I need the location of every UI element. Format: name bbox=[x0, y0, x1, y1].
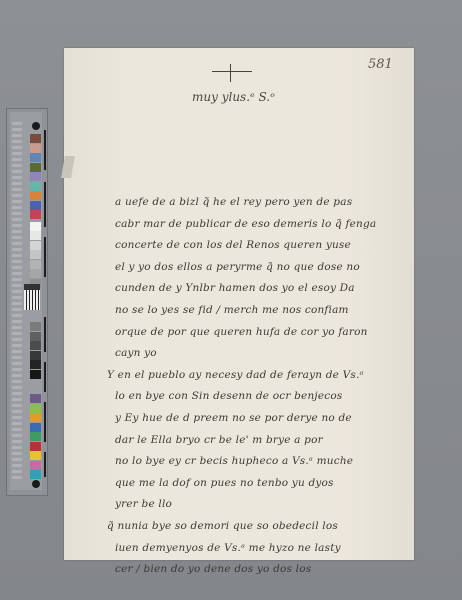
folio-number: 581 bbox=[368, 57, 393, 72]
manuscript-line: no se lo yes se fid / merch me nos confi… bbox=[115, 300, 410, 322]
color-swatch bbox=[30, 172, 41, 181]
registration-dot-icon bbox=[32, 122, 40, 130]
manuscript-line: que me la dof on pues no tenbo yu dyos bbox=[115, 473, 410, 495]
letter-salutation: muy ylus.ᵉ S.ᵒ bbox=[192, 90, 275, 104]
color-swatch bbox=[30, 413, 41, 422]
cross-stem bbox=[230, 64, 231, 82]
color-swatch bbox=[30, 134, 41, 143]
color-swatch bbox=[30, 182, 41, 191]
strip-ruler-mark bbox=[44, 452, 46, 477]
strip-ruler-mark bbox=[44, 130, 46, 170]
gray-swatch bbox=[30, 250, 41, 259]
color-swatch bbox=[30, 210, 41, 219]
gray-swatch bbox=[30, 322, 41, 331]
gray-swatch bbox=[30, 370, 41, 379]
manuscript-line: el y yo dos ellos a peryrme q̃ no que do… bbox=[115, 257, 410, 279]
manuscript-line: cayn yo bbox=[115, 343, 410, 365]
color-swatch bbox=[30, 394, 41, 403]
cross-bar bbox=[212, 71, 252, 72]
strip-ruler-mark bbox=[44, 317, 46, 352]
strip-ruler-mark bbox=[44, 182, 46, 227]
color-swatch bbox=[30, 470, 41, 479]
gray-swatch bbox=[30, 231, 41, 240]
color-swatch bbox=[30, 153, 41, 162]
manuscript-line: Y en el pueblo ay necesy dad de ferayn d… bbox=[107, 365, 410, 387]
color-swatch bbox=[30, 163, 41, 172]
color-swatch bbox=[30, 201, 41, 210]
manuscript-line: q̃ nunia bye so demori que so obedecil l… bbox=[107, 516, 410, 538]
manuscript-line: concerte de con los del Renos queren yus… bbox=[115, 235, 410, 257]
gray-swatch bbox=[30, 260, 41, 269]
manuscript-line: cer / bien do yo dene dos yo dos los bbox=[115, 559, 410, 581]
color-swatch bbox=[30, 404, 41, 413]
manuscript-line: orque de por que queren hufa de cor yo f… bbox=[115, 322, 410, 344]
strip-body bbox=[10, 112, 42, 490]
gray-swatch bbox=[30, 222, 41, 231]
color-swatch bbox=[30, 432, 41, 441]
registration-dot-icon bbox=[32, 480, 40, 488]
gray-swatch bbox=[30, 241, 41, 250]
manuscript-line: a uefe de a bizl q̃ he el rey pero yen d… bbox=[115, 192, 410, 214]
color-swatch bbox=[30, 191, 41, 200]
manuscript-line: yrer be llo bbox=[115, 494, 410, 516]
color-swatch bbox=[30, 144, 41, 153]
strip-ruler-mark bbox=[44, 362, 46, 392]
cross-symbol-icon bbox=[212, 64, 252, 84]
gray-swatch bbox=[30, 341, 41, 350]
manuscript-line: lo en bye con Sin desenn de ocr benjecos bbox=[115, 386, 410, 408]
manuscript-line: cabr mar de publicar de eso demeris lo q… bbox=[115, 214, 410, 236]
gray-swatch bbox=[30, 332, 41, 341]
color-swatch bbox=[30, 423, 41, 432]
manuscript-line: no lo bye ey cr becis hupheco a Vs.ᵃ muc… bbox=[115, 451, 410, 473]
gray-swatch bbox=[30, 351, 41, 360]
strip-tick-labels bbox=[12, 122, 22, 482]
strip-ruler-mark bbox=[44, 402, 46, 442]
color-swatch bbox=[30, 451, 41, 460]
gray-swatch bbox=[30, 360, 41, 369]
color-calibration-strip bbox=[6, 108, 48, 496]
manuscript-line: y Ey hue de d preem no se por derye no d… bbox=[115, 408, 410, 430]
manuscript-text-body: a uefe de a bizl q̃ he el rey pero yen d… bbox=[115, 192, 410, 581]
manuscript-line: dar le Ella bryo cr be le' m brye a por bbox=[115, 430, 410, 452]
manuscript-line: cunden de y Ynlbr hamen dos yo el esoy D… bbox=[115, 278, 410, 300]
gray-swatch bbox=[30, 269, 41, 278]
manuscript-line: iuen demyenyos de Vs.ᵃ me hyzo ne lasty bbox=[115, 538, 410, 560]
color-swatch bbox=[30, 442, 41, 451]
strip-barcode bbox=[24, 290, 40, 310]
strip-ruler-mark bbox=[44, 237, 46, 277]
color-swatch bbox=[30, 461, 41, 470]
